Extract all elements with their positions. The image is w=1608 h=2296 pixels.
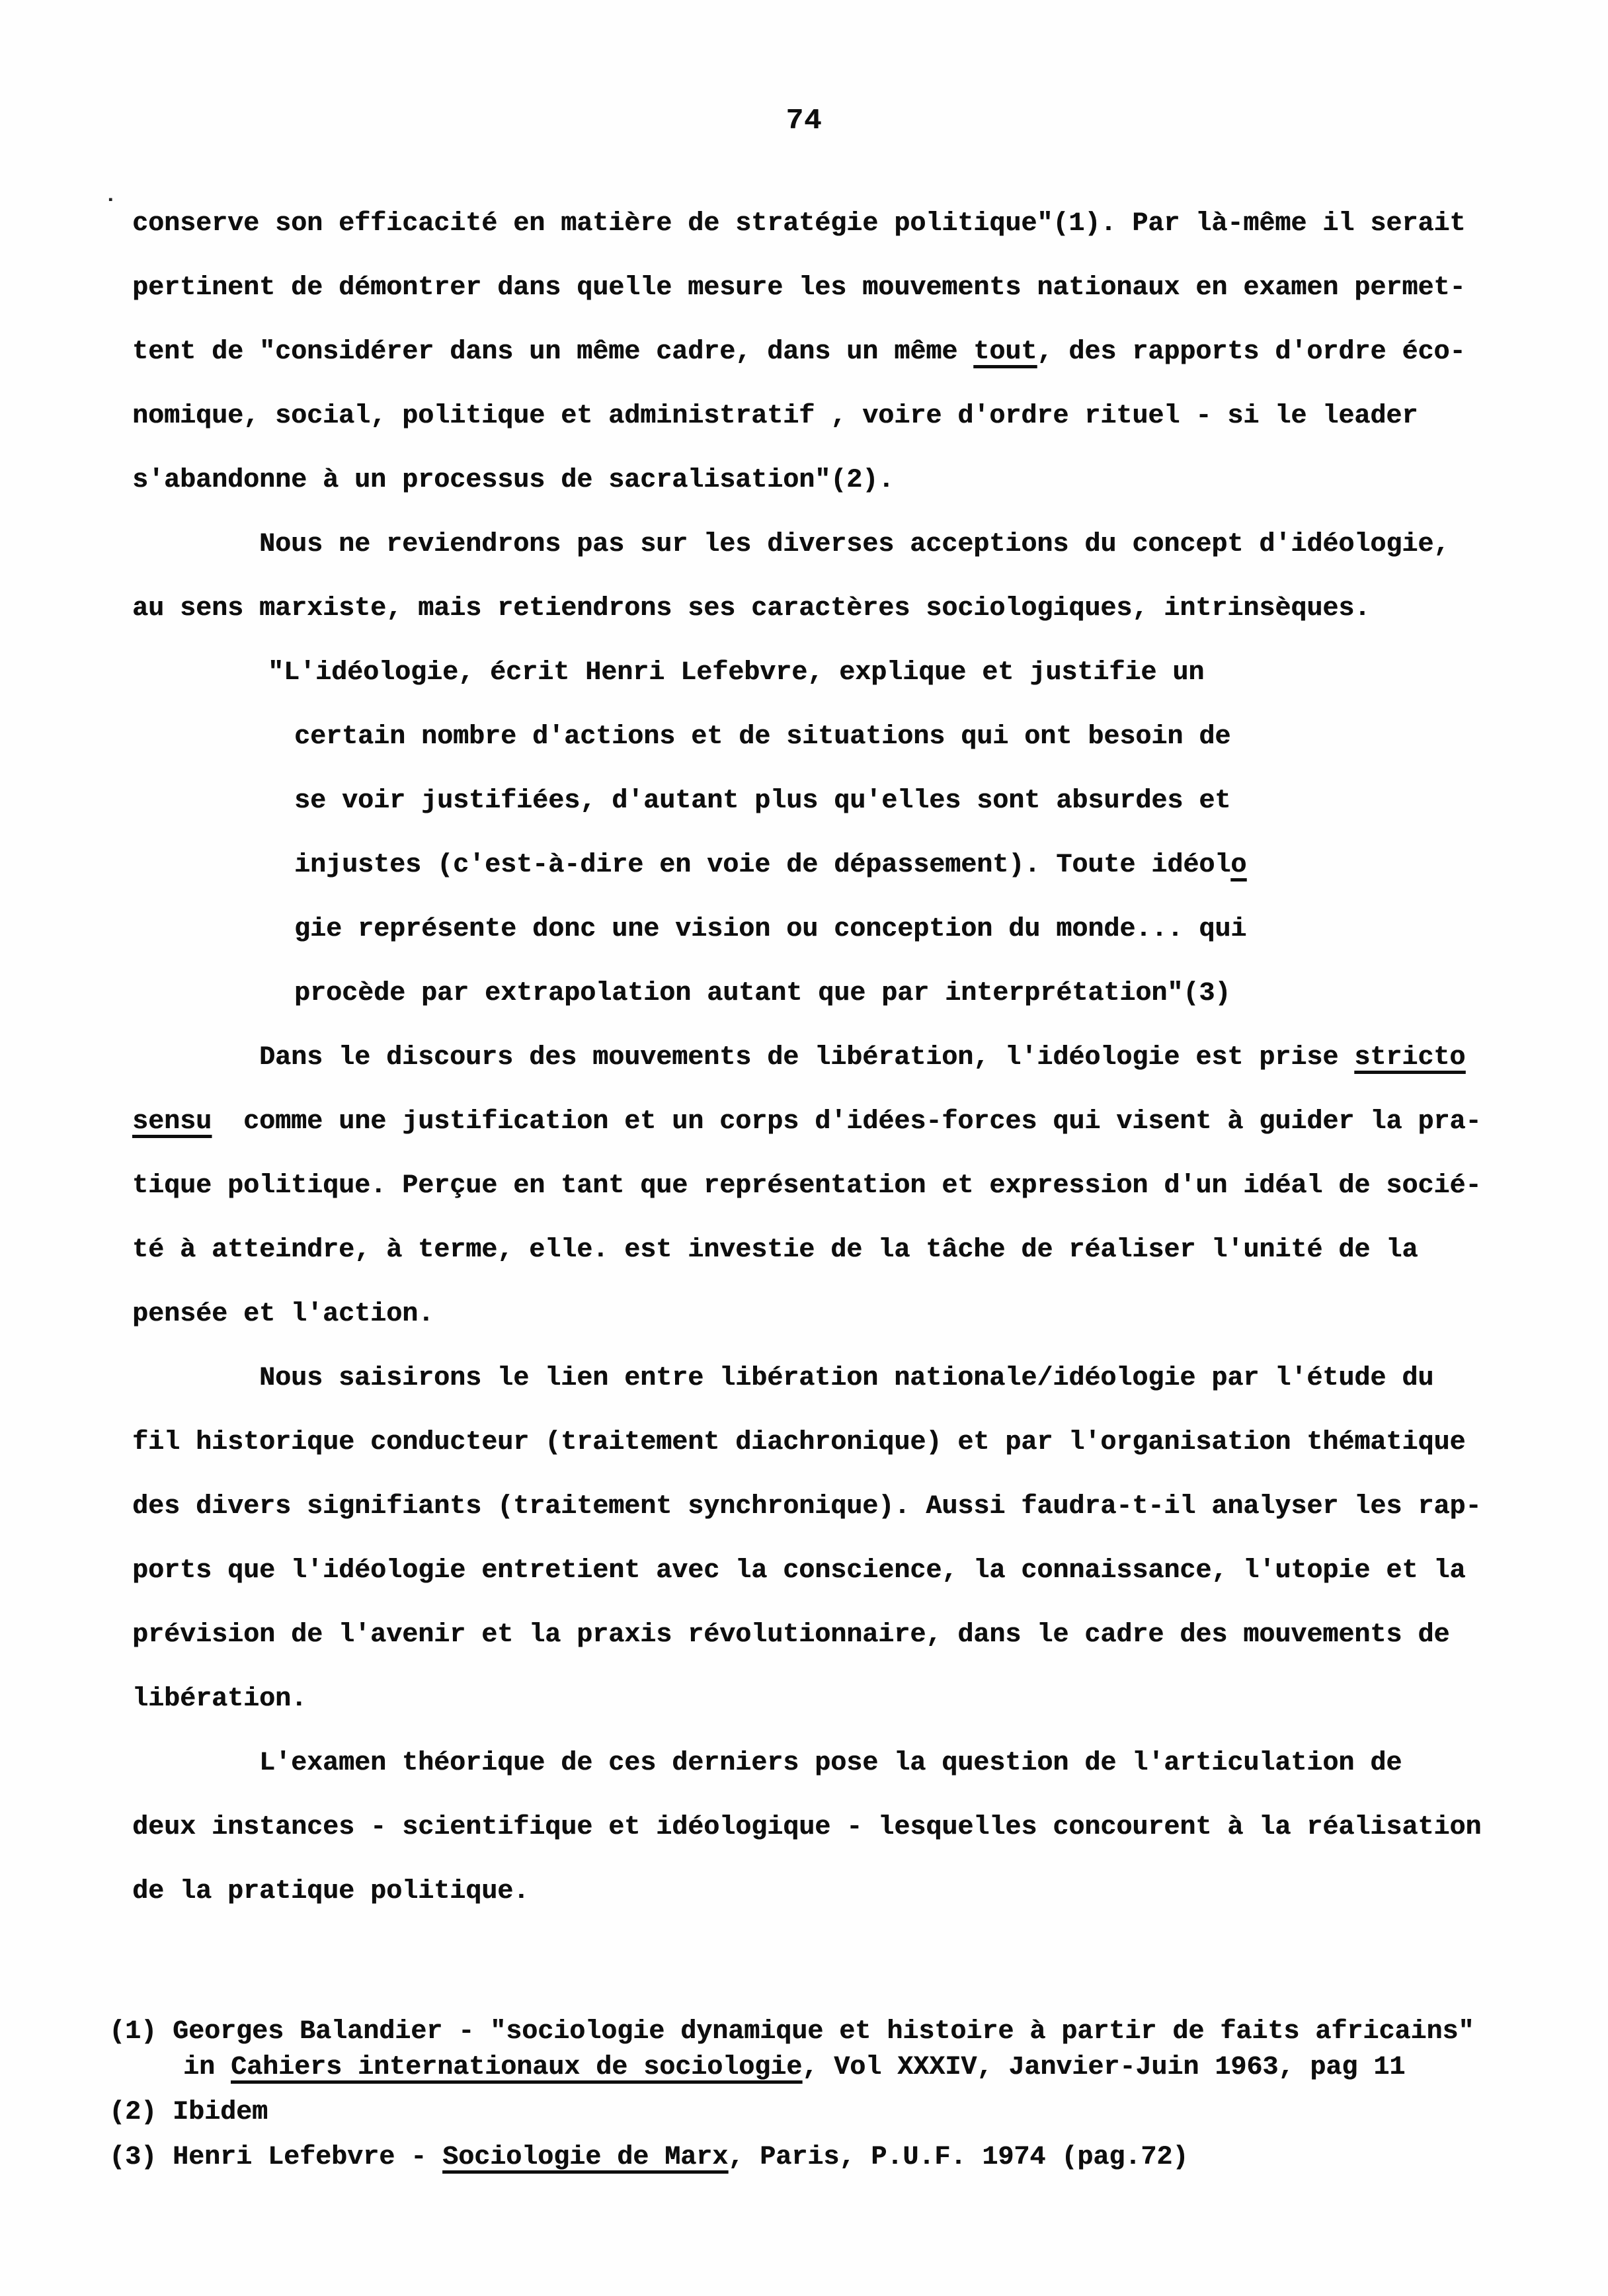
scanned-document-page: 74 · conserve son efficacité en matière … [0,0,1608,2296]
text-line: Dans le discours des mouvements de libér… [132,1026,1514,1090]
text-segment: (1) Georges Balandier - "sociologie dyna… [109,2017,1474,2047]
text-segment: té à atteindre, à terme, elle. est inves… [132,1235,1418,1265]
text-segment: pertinent de démontrer dans quelle mesur… [132,273,1465,303]
text-line: libération. [132,1667,1514,1731]
text-segment: de la pratique politique. [132,1877,529,1906]
quote-line: se voir justifiées, d'autant plus qu'ell… [132,769,1514,833]
document-body: conserve son efficacité en matière de st… [132,192,1514,1924]
text-line: de la pratique politique. [132,1860,1514,1924]
block-quote: "L'idéologie, écrit Henri Lefebvre, expl… [132,641,1514,1026]
text-line: s'abandonne à un processus de sacralisat… [132,448,1514,512]
text-line: Nous ne reviendrons pas sur les diverses… [132,512,1514,577]
underlined-text: Sociologie de Marx [442,2143,728,2172]
text-segment: nomique, social, politique et administra… [132,401,1418,431]
footnote-1: (1) Georges Balandier - "sociologie dyna… [109,2014,1524,2050]
text-line: tent de "considérer dans un même cadre, … [132,320,1514,384]
text-line: pensée et l'action. [132,1282,1514,1346]
text-segment: "L'idéologie, écrit Henri Lefebvre, expl… [268,658,1204,688]
underlined-text: stricto [1354,1043,1465,1073]
text-line: au sens marxiste, mais retiendrons ses c… [132,577,1514,641]
text-segment: tent de "considérer dans un même cadre, … [132,337,973,367]
text-segment: (3) Henri Lefebvre - [109,2143,442,2172]
text-segment: procède par extrapolation autant que par… [294,979,1230,1008]
text-segment: in [183,2053,231,2082]
quote-line: injustes (c'est-à-dire en voie de dépass… [132,833,1514,897]
text-segment: comme une justification et un corps d'id… [212,1107,1481,1137]
text-line: nomique, social, politique et administra… [132,384,1514,448]
quote-line: "L'idéologie, écrit Henri Lefebvre, expl… [132,641,1514,705]
text-segment: se voir justifiées, d'autant plus qu'ell… [294,786,1230,816]
text-segment: Nous saisirons le lien entre libération … [259,1364,1433,1393]
text-segment: , des rapports d'ordre éco- [1037,337,1465,367]
underlined-text: o [1230,850,1246,880]
text-segment: Nous ne reviendrons pas sur les diverses… [259,530,1449,559]
underlined-text: tout [973,337,1037,367]
text-line: des divers signifiants (traitement synch… [132,1475,1514,1539]
text-segment: tique politique. Perçue en tant que repr… [132,1171,1481,1201]
text-segment: prévision de l'avenir et la praxis révol… [132,1620,1449,1650]
paragraph-2: Nous ne reviendrons pas sur les diverses… [132,512,1514,641]
text-line: L'examen théorique de ces derniers pose … [132,1731,1514,1795]
text-line: pertinent de démontrer dans quelle mesur… [132,256,1514,320]
text-segment: Dans le discours des mouvements de libér… [259,1043,1354,1073]
text-segment: L'examen théorique de ces derniers pose … [259,1748,1402,1778]
underlined-text: Cahiers internationaux de sociologie [231,2053,802,2082]
text-segment: (2) Ibidem [109,2098,268,2127]
paragraph-3: Dans le discours des mouvements de libér… [132,1026,1514,1346]
text-line: tique politique. Perçue en tant que repr… [132,1154,1514,1218]
text-segment: des divers signifiants (traitement synch… [132,1492,1481,1522]
quote-line: certain nombre d'actions et de situation… [132,705,1514,769]
text-segment: libération. [132,1684,307,1714]
text-segment: conserve son efficacité en matière de st… [132,209,1465,239]
text-segment: certain nombre d'actions et de situation… [294,722,1230,752]
text-line: prévision de l'avenir et la praxis révol… [132,1603,1514,1667]
stray-ink-mark: · [104,189,116,212]
text-line: ports que l'idéologie entretient avec la… [132,1539,1514,1603]
footnotes: (1) Georges Balandier - "sociologie dyna… [109,2014,1524,2176]
footnote-1-continuation: in Cahiers internationaux de sociologie,… [109,2050,1524,2086]
paragraph-5: L'examen théorique de ces derniers pose … [132,1731,1514,1924]
text-segment: gie représente donc une vision ou concep… [294,915,1246,944]
text-segment: s'abandonne à un processus de sacralisat… [132,466,894,495]
text-line: sensu comme une justification et un corp… [132,1090,1514,1154]
text-segment: deux instances - scientifique et idéolog… [132,1813,1481,1842]
text-line: té à atteindre, à terme, elle. est inves… [132,1218,1514,1282]
quote-line: procède par extrapolation autant que par… [132,962,1514,1026]
text-segment: au sens marxiste, mais retiendrons ses c… [132,594,1370,624]
footnote-3: (3) Henri Lefebvre - Sociologie de Marx,… [109,2140,1524,2176]
underlined-text: sensu [132,1107,212,1137]
text-line: fil historique conducteur (traitement di… [132,1411,1514,1475]
text-segment: ports que l'idéologie entretient avec la… [132,1556,1465,1586]
text-segment: , Paris, P.U.F. 1974 (pag.72) [728,2143,1188,2172]
paragraph-1: conserve son efficacité en matière de st… [132,192,1514,512]
text-line: conserve son efficacité en matière de st… [132,192,1514,256]
paragraph-4: Nous saisirons le lien entre libération … [132,1346,1514,1731]
page-number: 74 [0,104,1608,138]
text-segment: , Vol XXXIV, Janvier-Juin 1963, pag 11 [802,2053,1405,2082]
text-line: deux instances - scientifique et idéolog… [132,1795,1514,1860]
text-line: Nous saisirons le lien entre libération … [132,1346,1514,1411]
footnote-2: (2) Ibidem [109,2095,1524,2131]
text-segment: fil historique conducteur (traitement di… [132,1428,1465,1457]
text-segment: pensée et l'action. [132,1299,434,1329]
quote-line: gie représente donc une vision ou concep… [132,897,1514,962]
text-segment: injustes (c'est-à-dire en voie de dépass… [294,850,1230,880]
